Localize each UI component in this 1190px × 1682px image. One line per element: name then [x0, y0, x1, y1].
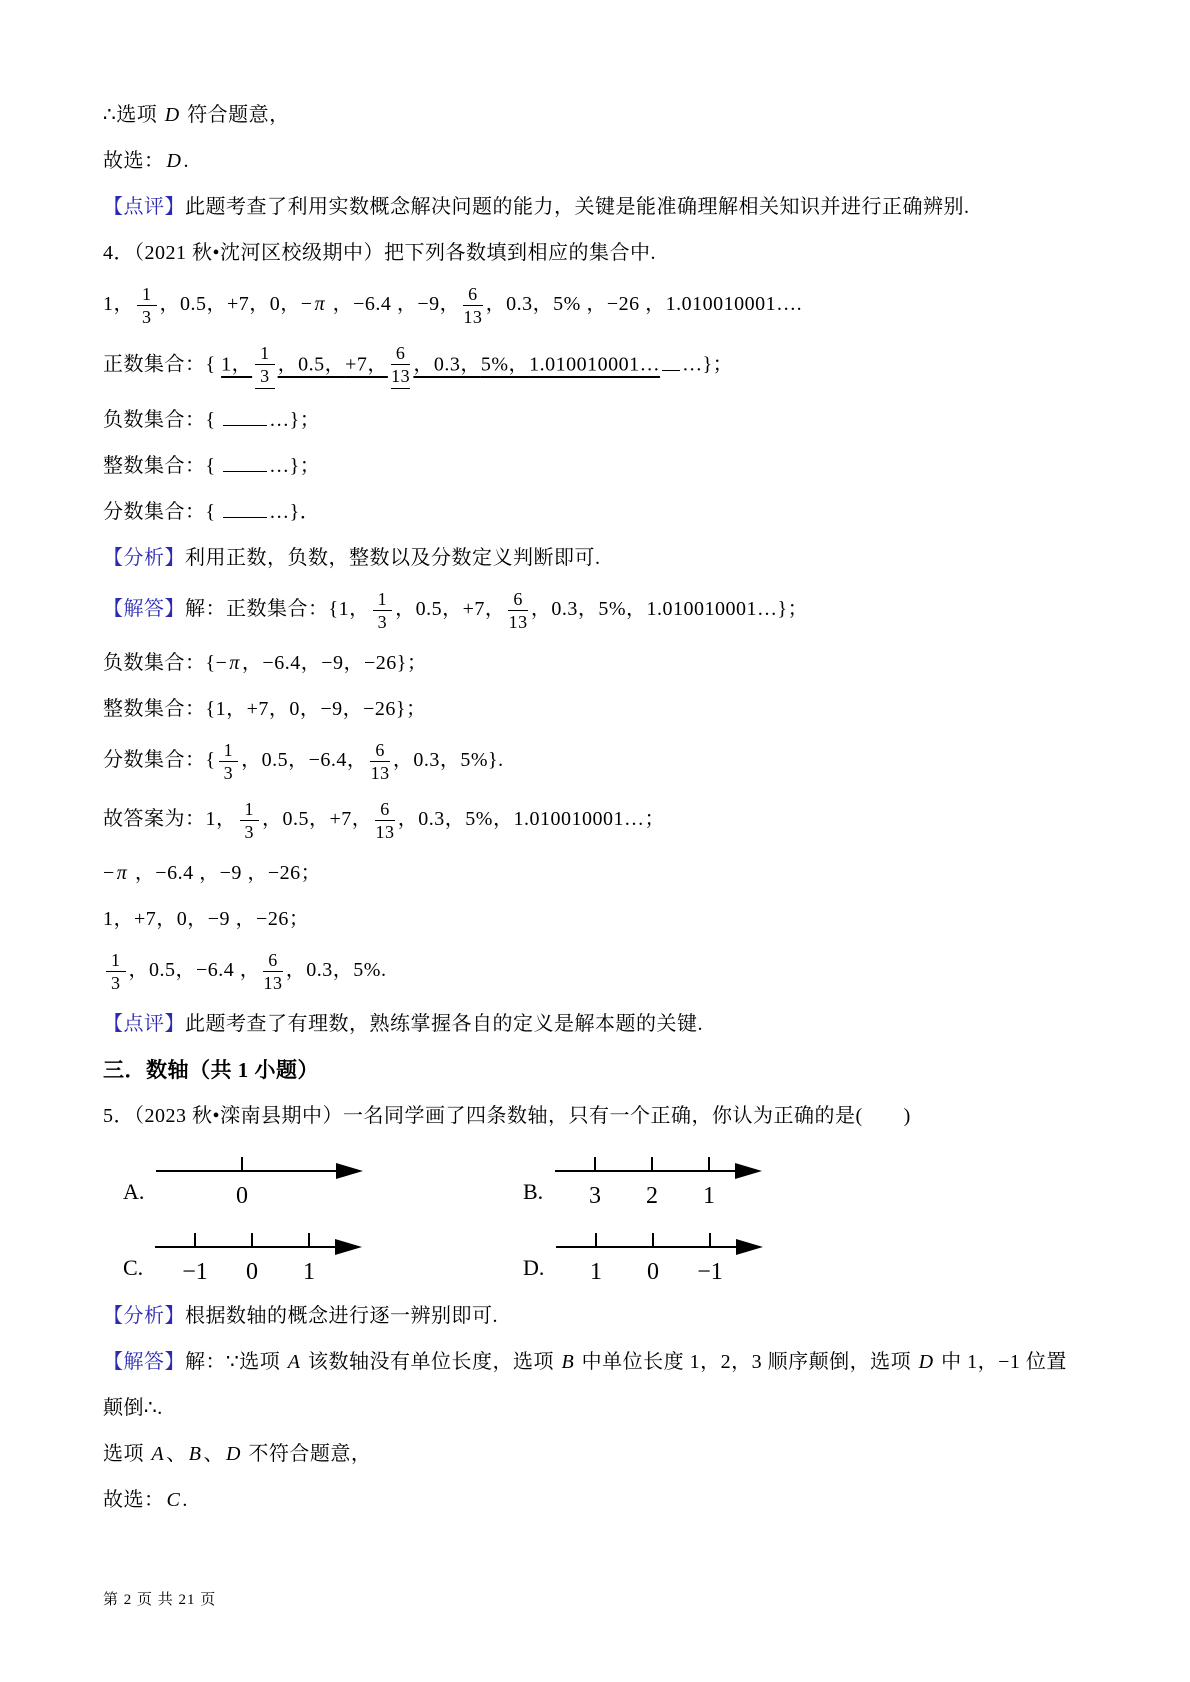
text-token: 分数集合：{ [103, 749, 216, 771]
text-token: …}． [269, 501, 320, 523]
number-line-diagram: 321 [553, 1151, 768, 1209]
number-line-diagram: 10−1 [554, 1227, 769, 1285]
fraction-numerator: 1 [255, 343, 275, 365]
italic-letter: B [187, 1443, 204, 1465]
text-token: 1，+7，0，−9 ，−26； [103, 908, 309, 930]
text-token: ，0.3，5%，1.010010001…}； [531, 598, 808, 620]
answer-choice-line-q3: 故选：D. [103, 138, 1090, 184]
text-token: ，0.5，−6.4 ， [129, 959, 261, 981]
tick-label: 0 [246, 1259, 258, 1285]
text-token: 选项 [103, 1443, 150, 1465]
option-C: C.−101 [123, 1227, 523, 1285]
section-label: 【点评】 [103, 1013, 185, 1035]
text-token: ，0.3，5%}. [393, 749, 504, 771]
text-token: ，0.5，+7，0，− [160, 293, 313, 315]
text-token: 此题考查了有理数，熟练掌握各自的定义是解本题的关键. [185, 1013, 703, 1035]
text-token: 符合题意， [182, 104, 290, 126]
text-token: 整数集合：{1，+7，0，−9，−26}； [103, 698, 427, 720]
text-token: 解：正数集合：{1， [185, 598, 370, 620]
text-token: 4．（2021 秋•沈河区校级期中）把下列各数填到相应的集合中. [103, 242, 656, 264]
fraction-numerator: 1 [240, 799, 260, 821]
fraction: 13 [373, 589, 393, 632]
text-token: …}； [269, 409, 320, 431]
fraction-denominator: 3 [224, 762, 234, 783]
document-page: ∴选项 D 符合题意，故选：D.【点评】此题考查了利用实数概念解决问题的能力，关… [0, 0, 1190, 1523]
italic-letter: D [165, 150, 184, 172]
fraction-denominator: 3 [260, 365, 270, 386]
text-token: …}； [269, 455, 320, 477]
fraction-numerator: 1 [373, 589, 393, 611]
text-token: ，−6.4 ，−9 ，−26； [129, 862, 321, 884]
fraction-numerator: 6 [375, 799, 395, 821]
comment-line-q4: 【点评】此题考查了有理数，熟练掌握各自的定义是解本题的关键. [103, 1001, 1090, 1047]
tick-label: 2 [646, 1183, 658, 1209]
text-token: ，0.3，5% ，−26 ，1.010010001…. [486, 293, 802, 315]
numbers-list-line: 1，13，0.5，+7，0，−π ，−6.4 ，−9，613，0.3，5% ，−… [103, 276, 1090, 335]
text-token: 中 1，−1 位置 [936, 1351, 1067, 1373]
text-token: ，−6.4，−9，−26}； [242, 652, 427, 674]
section-heading-3: 三．数轴（共 1 小题） [103, 1047, 1090, 1093]
text-token: − [103, 862, 115, 884]
section-label: 【分析】 [103, 1305, 185, 1327]
fraction-denominator: 13 [376, 821, 395, 842]
question-4-title: 4．（2021 秋•沈河区校级期中）把下列各数填到相应的集合中. [103, 230, 1090, 276]
fraction: 613 [375, 799, 395, 842]
fraction-denominator: 3 [245, 821, 255, 842]
final-answer-line-4: 13，0.5，−6.4 ，613，0.3，5%. [103, 942, 1090, 1001]
text-token: 解：∵选项 [185, 1351, 286, 1373]
text-token: …}； [682, 354, 733, 376]
text-token: ，−6.4 ，−9， [327, 293, 460, 315]
italic-letter: D [917, 1351, 936, 1373]
text-token: ，0.3，5%. [286, 959, 387, 981]
text-token: 、 [166, 1443, 187, 1465]
tick-label: 3 [589, 1183, 601, 1209]
fraction-denominator: 13 [391, 365, 410, 386]
blank-underline [223, 499, 267, 518]
analysis-line-q5: 【分析】根据数轴的概念进行逐一辨别即可. [103, 1293, 1090, 1339]
text-token: 正数集合：{ [103, 354, 221, 376]
positive-set-blank-line: 正数集合：{ 1，13，0.5，+7，613，0.3，5%，1.01001000… [103, 335, 1090, 397]
text-token: 中单位长度 1，2，3 顺序颠倒，选项 [576, 1351, 917, 1373]
content-bottom: 【分析】根据数轴的概念进行逐一辨别即可.【解答】解：∵选项 A 该数轴没有单位长… [103, 1293, 1090, 1523]
fraction: 613 [370, 740, 390, 783]
italic-letter: π [115, 862, 130, 884]
tick-label: 1 [303, 1259, 315, 1285]
tick-label: 0 [647, 1259, 659, 1285]
text-token: 故选： [103, 150, 165, 172]
fraction-numerator: 6 [263, 950, 283, 972]
text-token: 5．（2023 秋•滦南县期中）一名同学画了四条数轴，只有一个正确，你认为正确的… [103, 1105, 911, 1127]
fraction: 613 [391, 343, 411, 389]
fraction-denominator: 13 [463, 306, 482, 327]
fraction: 13 [106, 950, 126, 993]
text-token: 1， [221, 354, 252, 376]
option-A: A.0 [123, 1151, 523, 1209]
solution-fraction-set-line: 分数集合：{13，0.5，−6.4，613，0.3，5%}. [103, 732, 1090, 791]
fraction-numerator: 6 [370, 740, 390, 762]
tick-label: 1 [703, 1183, 715, 1209]
number-line-diagram: −101 [153, 1227, 368, 1285]
fraction-numerator: 6 [463, 284, 483, 306]
text-token: 此题考查了利用实数概念解决问题的能力，关键是能准确理解相关知识并进行正确辨别. [185, 196, 970, 218]
text-token: 三．数轴（共 1 小题） [103, 1058, 319, 1082]
fraction: 13 [255, 343, 275, 389]
text-token: ，0.5， [278, 354, 346, 376]
content-top: ∴选项 D 符合题意，故选：D.【点评】此题考查了利用实数概念解决问题的能力，关… [103, 92, 1090, 1139]
section-label: 【解答】 [103, 1351, 185, 1373]
text-token: 负数集合：{− [103, 652, 227, 674]
text-token: 该数轴没有单位长度，选项 [302, 1351, 559, 1373]
solution-negative-set-line: 负数集合：{−π，−6.4，−9，−26}； [103, 640, 1090, 686]
negative-set-blank-line: 负数集合：{ …}； [103, 397, 1090, 443]
text-token: 负数集合：{ [103, 409, 221, 431]
fraction-denominator: 13 [264, 972, 283, 993]
integer-set-blank-line: 整数集合：{ …}； [103, 443, 1090, 489]
fraction-numerator: 1 [106, 950, 126, 972]
text-token: 整数集合：{ [103, 455, 221, 477]
fraction: 13 [240, 799, 260, 842]
blank-underline [223, 407, 267, 426]
text-token: 故答案为：1， [103, 808, 237, 830]
fraction-denominator: 13 [371, 762, 390, 783]
analysis-line-q4: 【分析】利用正数，负数，整数以及分数定义判断即可. [103, 535, 1090, 581]
italic-letter: π [227, 652, 242, 674]
fraction: 13 [137, 284, 157, 327]
comment-line-q3: 【点评】此题考查了利用实数概念解决问题的能力，关键是能准确理解相关知识并进行正确… [103, 184, 1090, 230]
option-B: B.321 [523, 1151, 1090, 1209]
text-token: +7， [345, 354, 388, 376]
tick-label: 1 [590, 1259, 602, 1285]
fraction: 613 [463, 284, 483, 327]
page-footer: 第 2 页 共 21 页 [103, 1588, 216, 1609]
fraction-denominator: 13 [509, 611, 528, 632]
fraction: 613 [508, 589, 528, 632]
fraction-numerator: 6 [391, 343, 411, 365]
text-token: 、 [203, 1443, 224, 1465]
text-token: . [183, 150, 189, 172]
blank-underline [662, 352, 680, 371]
tick-label: −1 [698, 1259, 724, 1285]
answer-choice-line-q5: 故选：C. [103, 1477, 1090, 1523]
text-token: ∴选项 [103, 104, 163, 126]
section-label: 【解答】 [103, 598, 185, 620]
fraction: 613 [263, 950, 283, 993]
italic-letter: C [165, 1489, 183, 1511]
italic-letter: D [163, 104, 182, 126]
solution-line-q5-cont: 颠倒∴. [103, 1385, 1090, 1431]
text-token: . [182, 1489, 188, 1511]
text-token: 1， [103, 293, 134, 315]
option-label: B. [523, 1179, 543, 1209]
text-token: 不符合题意， [243, 1443, 372, 1465]
italic-letter: B [559, 1351, 576, 1373]
option-label: A. [123, 1179, 144, 1209]
text-token: ，0.5，+7， [395, 598, 505, 620]
text-token: 颠倒∴. [103, 1397, 163, 1419]
text-token: 利用正数，负数，整数以及分数定义判断即可. [185, 547, 601, 569]
text-token: 根据数轴的概念进行逐一辨别即可. [185, 1305, 498, 1327]
fraction-denominator: 3 [111, 972, 121, 993]
italic-letter: π [313, 293, 328, 315]
question5-options: A.0B.321C.−101D.10−1 [123, 1151, 1090, 1285]
final-answer-line-3: 1，+7，0，−9 ，−26； [103, 896, 1090, 942]
tick-label: −1 [182, 1259, 208, 1285]
fraction-numerator: 6 [508, 589, 528, 611]
option-label: D. [523, 1255, 544, 1285]
fraction-numerator: 1 [219, 740, 239, 762]
fraction-denominator: 3 [142, 306, 152, 327]
italic-letter: A [286, 1351, 303, 1373]
fraction-denominator: 3 [378, 611, 388, 632]
text-token: 分数集合：{ [103, 501, 221, 523]
section-label: 【分析】 [103, 547, 185, 569]
number-line-diagram: 0 [154, 1151, 369, 1209]
options-mismatch-line: 选项 A、B、D 不符合题意， [103, 1431, 1090, 1477]
fraction: 13 [219, 740, 239, 783]
text-token: ，0.3， [413, 354, 481, 376]
option-label: C. [123, 1255, 143, 1285]
text-token: 1.010010001… [529, 354, 660, 376]
section-label: 【点评】 [103, 196, 185, 218]
tick-label: 0 [236, 1183, 248, 1209]
blank-underline [223, 453, 267, 472]
conclusion-line-q3: ∴选项 D 符合题意， [103, 92, 1090, 138]
text-token: 故选： [103, 1489, 165, 1511]
solution-line-q5: 【解答】解：∵选项 A 该数轴没有单位长度，选项 B 中单位长度 1，2，3 顺… [103, 1339, 1090, 1385]
solution-positive-set-line: 【解答】解：正数集合：{1，13，0.5，+7，613，0.3，5%，1.010… [103, 581, 1090, 640]
final-answer-line-1: 故答案为：1，13，0.5，+7，613，0.3，5%，1.010010001…… [103, 791, 1090, 850]
question-5-title: 5．（2023 秋•滦南县期中）一名同学画了四条数轴，只有一个正确，你认为正确的… [103, 1093, 1090, 1139]
text-token: ，0.5，+7， [262, 808, 372, 830]
text-token: ，0.5，−6.4， [241, 749, 367, 771]
final-answer-line-2: −π ，−6.4 ，−9 ，−26； [103, 850, 1090, 896]
italic-letter: D [224, 1443, 243, 1465]
italic-letter: A [150, 1443, 167, 1465]
fraction-set-blank-line: 分数集合：{ …}． [103, 489, 1090, 535]
solution-integer-set-line: 整数集合：{1，+7，0，−9，−26}； [103, 686, 1090, 732]
text-token: 5%， [481, 354, 529, 376]
text-token: ，0.3，5%，1.010010001…； [398, 808, 665, 830]
option-D: D.10−1 [523, 1227, 1090, 1285]
fraction-numerator: 1 [137, 284, 157, 306]
